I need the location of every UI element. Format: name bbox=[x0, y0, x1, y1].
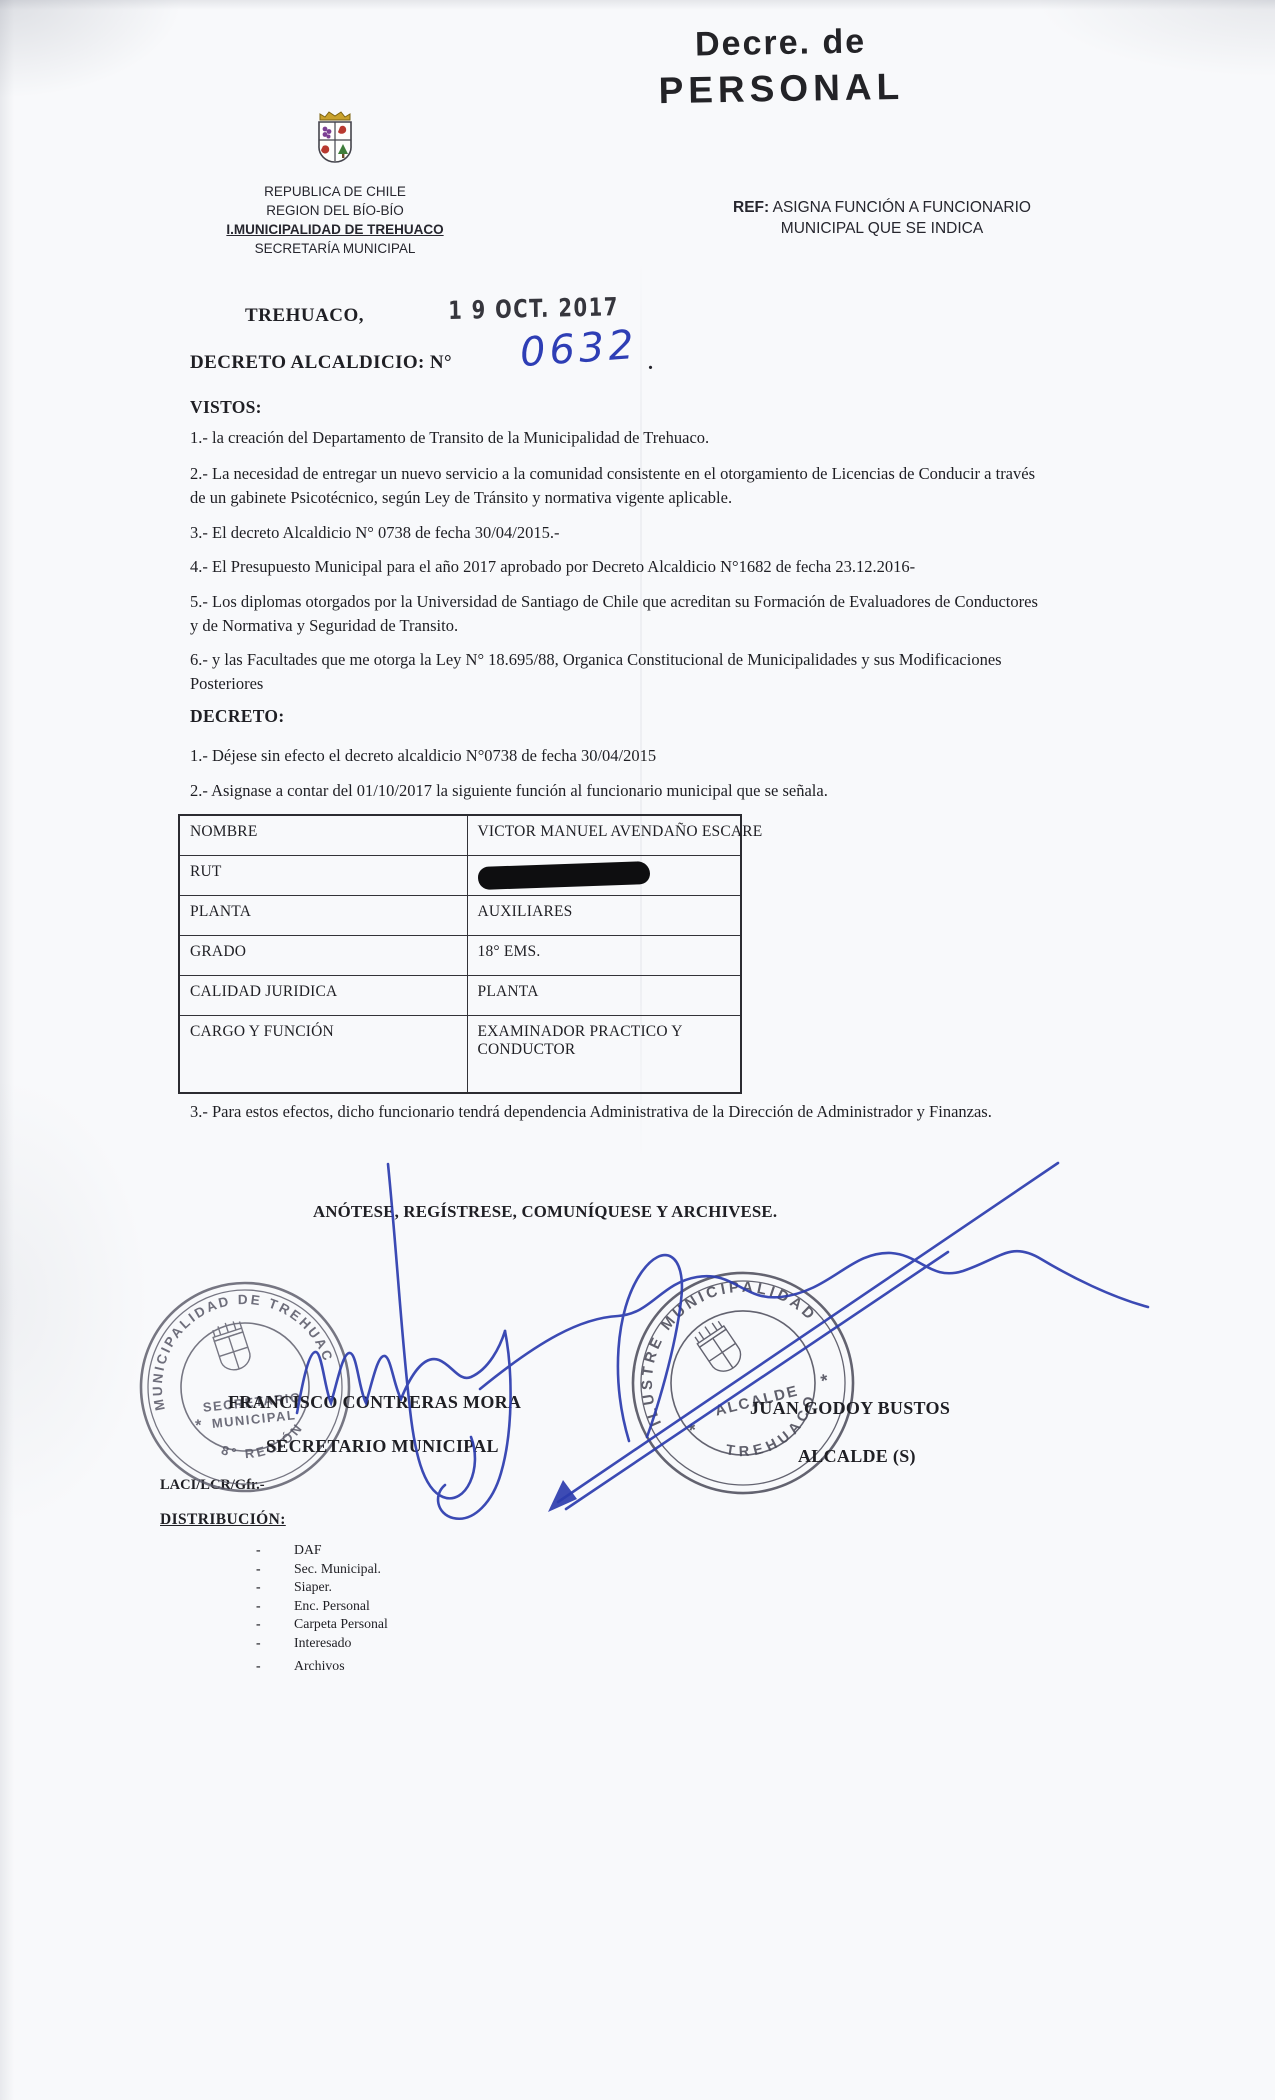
list-dash: - bbox=[256, 1541, 294, 1560]
mayor-round-stamp: ILUSTRE MUNICIPALIDAD TREHUACO ALCALDE *… bbox=[618, 1258, 868, 1508]
table-value-calidad: PLANTA bbox=[467, 975, 741, 1015]
letterhead: REPUBLICA DE CHILE REGION DEL BÍO-BÍO I.… bbox=[168, 108, 502, 258]
list-dash: - bbox=[256, 1597, 294, 1616]
vistos-item-5: 5.- Los diplomas otorgados por la Univer… bbox=[190, 590, 1048, 638]
distribution-item-label: Siaper. bbox=[294, 1578, 332, 1597]
distribution-item: -DAF bbox=[256, 1541, 388, 1560]
decreto-heading: DECRETO: bbox=[190, 706, 284, 727]
letterhead-line2: REGION DEL BÍO-BÍO bbox=[168, 201, 502, 220]
letterhead-line3: I.MUNICIPALIDAD DE TREHUACO bbox=[168, 220, 502, 239]
table-value-grado: 18° EMS. bbox=[467, 935, 741, 975]
table-label-planta: PLANTA bbox=[179, 895, 467, 935]
table-label-nombre: NOMBRE bbox=[179, 815, 467, 855]
list-dash: - bbox=[256, 1634, 294, 1653]
left-signer-title: SECRETARIO MUNICIPAL bbox=[266, 1436, 499, 1457]
personal-decree-stamp: Decre. de PERSONAL bbox=[649, 22, 912, 113]
table-value-nombre: VICTOR MANUEL AVENDAÑO ESCARE bbox=[467, 815, 741, 855]
distribution-item: -Interesado bbox=[256, 1634, 388, 1653]
letterhead-line1: REPUBLICA DE CHILE bbox=[168, 182, 502, 201]
vistos-item-3: 3.- El decreto Alcaldicio N° 0738 de fec… bbox=[190, 521, 1048, 545]
distribution-item-label: Carpeta Personal bbox=[294, 1615, 388, 1634]
decree-number-period: . bbox=[648, 352, 653, 375]
list-dash: - bbox=[256, 1578, 294, 1597]
decreto-item-3: 3.- Para estos efectos, dicho funcionari… bbox=[190, 1100, 1048, 1124]
handwritten-decree-number: 0632 bbox=[519, 322, 640, 376]
vistos-item-4: 4.- El Presupuesto Municipal para el año… bbox=[190, 555, 1048, 579]
table-row: GRADO 18° EMS. bbox=[179, 935, 741, 975]
decreto-item-1: 1.- Déjese sin efecto el decreto alcaldi… bbox=[190, 744, 1048, 768]
personal-stamp-line1: Decre. de bbox=[649, 22, 912, 66]
decreto-item-2: 2.- Asignase a contar del 01/10/2017 la … bbox=[190, 779, 1048, 803]
table-label-grado: GRADO bbox=[179, 935, 467, 975]
list-dash: - bbox=[256, 1657, 294, 1676]
signature-arrowhead bbox=[548, 1480, 577, 1512]
distribution-item-label: DAF bbox=[294, 1541, 322, 1560]
secretary-round-stamp: I. MUNICIPALIDAD DE TREHUACO 8° REGIÓN S… bbox=[126, 1268, 364, 1506]
distribution-item-label: Interesado bbox=[294, 1634, 351, 1653]
scanned-decree-page: Decre. de PERSONAL REPUBLICA DE CHILE RE… bbox=[0, 0, 1275, 2100]
municipal-coat-of-arms-icon bbox=[312, 108, 358, 170]
date-stamp: 1 9 OCT. 2017 bbox=[448, 292, 619, 325]
table-value-rut bbox=[467, 855, 741, 895]
list-dash: - bbox=[256, 1615, 294, 1634]
table-row: RUT bbox=[179, 855, 741, 895]
stamp-crest-icon bbox=[692, 1318, 747, 1377]
vistos-item-1: 1.- la creación del Departamento de Tran… bbox=[190, 426, 1048, 450]
distribution-heading: DISTRIBUCIÓN: bbox=[160, 1511, 286, 1529]
table-label-cargo: CARGO Y FUNCIÓN bbox=[179, 1015, 467, 1093]
distribution-item-label: Enc. Personal bbox=[294, 1597, 370, 1616]
table-row: CARGO Y FUNCIÓN EXAMINADOR PRACTICO Y CO… bbox=[179, 1015, 741, 1093]
distribution-item: -Carpeta Personal bbox=[256, 1615, 388, 1634]
ref-block: REF: ASIGNA FUNCIÓN A FUNCIONARIO MUNICI… bbox=[726, 197, 1038, 239]
ref-line1: ASIGNA FUNCIÓN A FUNCIONARIO bbox=[773, 199, 1031, 216]
vistos-item-2: 2.- La necesidad de entregar un nuevo se… bbox=[190, 462, 1048, 510]
distribution-item-label: Sec. Municipal. bbox=[294, 1560, 381, 1579]
table-row: PLANTA AUXILIARES bbox=[179, 895, 741, 935]
table-label-calidad: CALIDAD JURIDICA bbox=[179, 975, 467, 1015]
table-value-planta: AUXILIARES bbox=[467, 895, 741, 935]
right-signer-title: ALCALDE (S) bbox=[798, 1446, 916, 1467]
distribution-item: -Enc. Personal bbox=[256, 1597, 388, 1616]
closing-formula: ANÓTESE, REGÍSTRESE, COMUNÍQUESE Y ARCHI… bbox=[313, 1202, 777, 1222]
assignment-table: NOMBRE VICTOR MANUEL AVENDAÑO ESCARE RUT… bbox=[178, 814, 742, 1094]
table-value-cargo: EXAMINADOR PRACTICO Y CONDUCTOR bbox=[467, 1015, 741, 1093]
list-dash: - bbox=[256, 1560, 294, 1579]
personal-stamp-line2: PERSONAL bbox=[650, 66, 913, 113]
stamp-crest-icon bbox=[210, 1319, 253, 1374]
distribution-item: -Sec. Municipal. bbox=[256, 1560, 388, 1579]
table-label-rut: RUT bbox=[179, 855, 467, 895]
stamp-star: * bbox=[195, 1417, 204, 1435]
distribution-list: -DAF -Sec. Municipal. -Siaper. -Enc. Per… bbox=[256, 1541, 388, 1676]
letterhead-line4: SECRETARÍA MUNICIPAL bbox=[168, 239, 502, 258]
table-row: CALIDAD JURIDICA PLANTA bbox=[179, 975, 741, 1015]
distribution-item: -Archivos bbox=[256, 1657, 388, 1676]
stamp-star: * bbox=[819, 1370, 831, 1391]
ref-line2: MUNICIPAL QUE SE INDICA bbox=[726, 218, 1038, 239]
rut-redaction-mark bbox=[477, 861, 650, 890]
left-signature-stroke bbox=[438, 1331, 511, 1519]
distribution-item: -Siaper. bbox=[256, 1578, 388, 1597]
distribution-item-label: Archivos bbox=[294, 1657, 345, 1676]
table-row: NOMBRE VICTOR MANUEL AVENDAÑO ESCARE bbox=[179, 815, 741, 855]
right-signer-name: JUAN GODOY BUSTOS bbox=[750, 1398, 950, 1419]
city-line: TREHUACO, bbox=[245, 305, 364, 327]
stamp-star: * bbox=[687, 1419, 699, 1440]
vistos-heading: VISTOS: bbox=[190, 397, 262, 418]
decree-number-label: DECRETO ALCALDICIO: N° bbox=[190, 352, 452, 374]
left-signer-name: FRANCISCO CONTRERAS MORA bbox=[228, 1392, 521, 1413]
ref-label: REF: bbox=[733, 199, 769, 216]
vistos-item-6: 6.- y las Facultades que me otorga la Le… bbox=[190, 648, 1048, 696]
